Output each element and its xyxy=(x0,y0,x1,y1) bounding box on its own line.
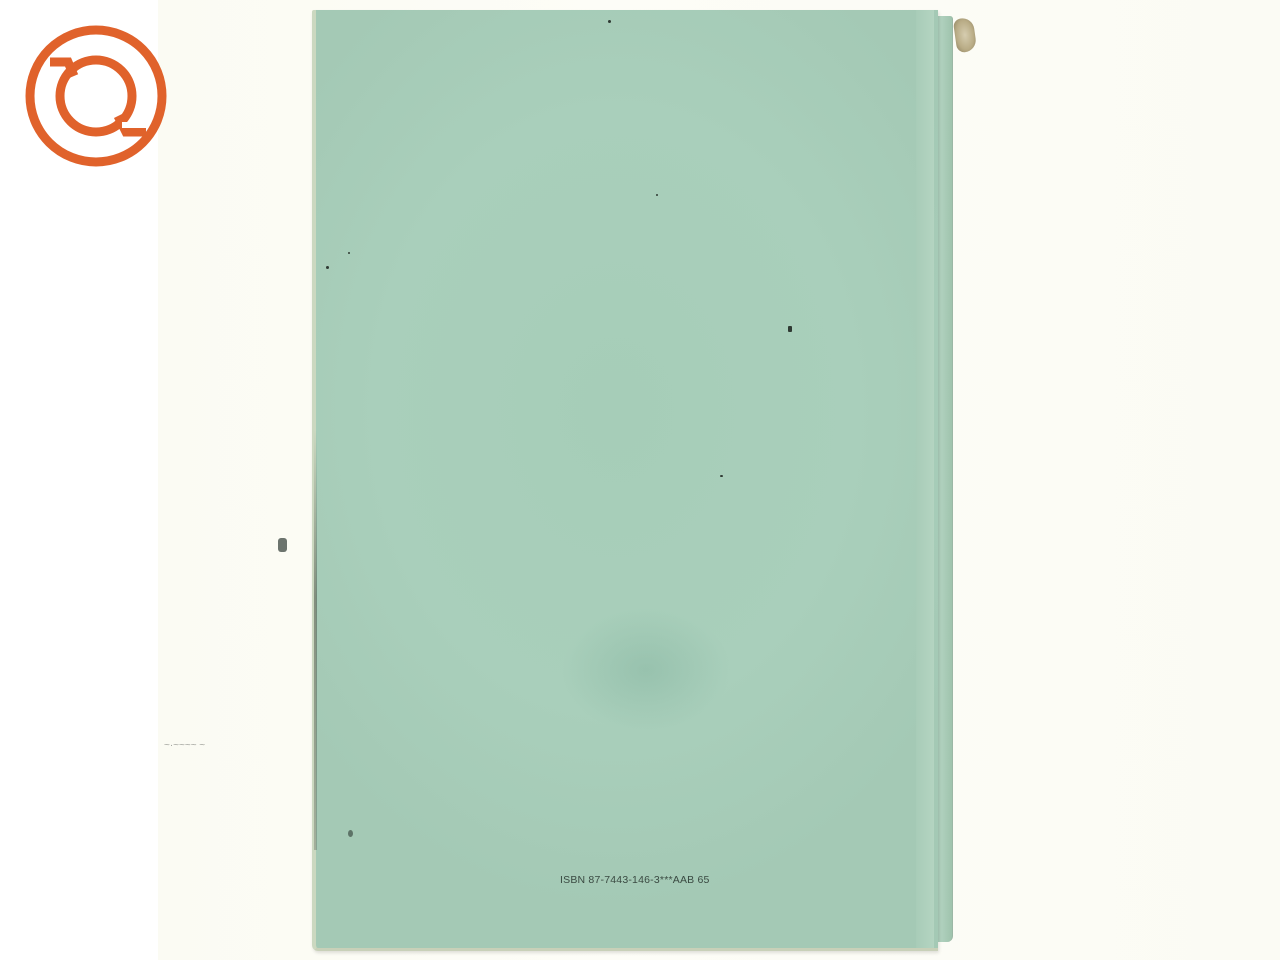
book: ISBN 87-7443-146-3***AAB 65 xyxy=(312,10,952,948)
cover-speck xyxy=(326,266,329,269)
background-scribble: ~·~~~~ ~ xyxy=(164,740,205,751)
cover-speck xyxy=(348,252,350,254)
logo-icon xyxy=(22,22,170,170)
cover-speck xyxy=(608,20,611,23)
cover-speck xyxy=(720,475,723,477)
book-back-cover: ISBN 87-7443-146-3***AAB 65 xyxy=(312,10,938,951)
background-smudge xyxy=(278,538,287,552)
cover-speck xyxy=(656,194,658,196)
cover-hinge xyxy=(916,10,934,948)
cover-speck xyxy=(788,326,792,332)
cover-speck xyxy=(348,830,353,837)
isbn-text: ISBN 87-7443-146-3***AAB 65 xyxy=(560,874,710,886)
